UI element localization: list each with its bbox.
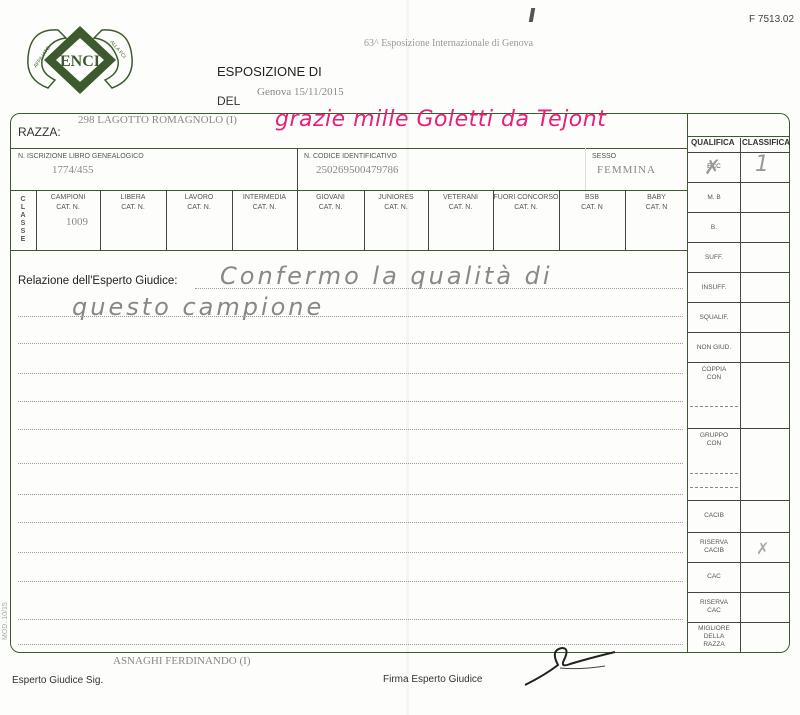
stray-mark <box>529 8 535 22</box>
divider <box>10 190 688 191</box>
writing-line <box>18 401 683 402</box>
class-name: VETERANI <box>443 194 478 201</box>
campioni-value: 1009 <box>66 216 88 228</box>
class-lavoro: LAVOROCAT. N. <box>166 193 232 213</box>
divider <box>688 592 790 593</box>
qualifica-non-giud: NON GIUD. <box>688 344 740 352</box>
del-label: DEL <box>217 94 240 108</box>
esposizione-label: ESPOSIZIONE DI <box>217 64 322 79</box>
qualifica-mb: M. B <box>688 194 740 202</box>
writing-line <box>18 373 683 374</box>
iscrizione-label: N. ISCRIZIONE LIBRO GENEALOGICO <box>18 152 144 162</box>
writing-line <box>18 552 683 553</box>
divider <box>688 272 790 273</box>
qualifica-insuff: INSUFF. <box>688 284 740 292</box>
razza-label: RAZZA: <box>18 125 61 139</box>
qualifica-riserva-cacib: RISERVA CACIB <box>694 539 734 555</box>
writing-line <box>18 343 683 344</box>
class-giovani: GIOVANICAT. N. <box>297 193 364 213</box>
iscrizione-value: 1774/455 <box>52 164 94 176</box>
class-fuori-concorso: FUORI CONCORSOCAT. N. <box>493 193 559 213</box>
class-sub: CAT. N <box>646 204 668 211</box>
class-name: INTERMEDIA <box>243 194 286 201</box>
classifica-header: CLASSIFICA <box>742 138 790 147</box>
writing-line <box>18 429 683 430</box>
qualifica-riserva-cac: RISERVA CAC <box>694 599 734 615</box>
class-sub: CAT. N. <box>121 204 145 211</box>
class-name: FUORI CONCORSO <box>494 194 559 201</box>
divider <box>688 562 790 563</box>
results-column-divider <box>740 138 741 653</box>
class-intermedia: INTERMEDIACAT. N. <box>232 193 297 213</box>
relazione-label: Relazione dell'Esperto Giudice: <box>18 275 177 287</box>
class-name: BABY <box>647 194 666 201</box>
class-veterani: VETERANICAT. N. <box>428 193 493 213</box>
class-name: LAVORO <box>185 194 214 201</box>
coppia-con: COPPIA CON <box>694 366 734 382</box>
divider <box>688 332 790 333</box>
class-sub: CAT. N <box>581 204 603 211</box>
enci-logo-icon: ENCI AFFILIATO ALLA FCI <box>20 18 140 98</box>
handwritten-note: grazie mille Goletti da Tejont <box>275 107 606 132</box>
ecc-check-mark: ✗ <box>704 155 721 180</box>
writing-line <box>195 288 683 289</box>
riserva-cacib-check-mark: ✗ <box>756 539 769 559</box>
date-value: Genova 15/11/2015 <box>257 86 344 98</box>
qualifica-cacib: CACIB <box>688 512 740 520</box>
class-libera: LIBERACAT. N. <box>100 193 166 213</box>
divider <box>688 182 790 183</box>
codice-label: N. CODICE IDENTIFICATIVO <box>304 152 397 162</box>
divider <box>690 487 738 488</box>
judge-label: Esperto Giudice Sig. <box>12 675 103 686</box>
divider <box>688 622 790 623</box>
writing-line <box>18 316 683 317</box>
sesso-label: SESSO <box>592 152 616 162</box>
classe-label: CLASSE <box>17 196 29 244</box>
writing-line <box>18 619 683 620</box>
svg-text:ENCI: ENCI <box>60 53 100 70</box>
divider <box>688 500 790 501</box>
qualifica-suff: SUFF. <box>688 254 740 262</box>
class-sub: CAT. N. <box>56 204 80 211</box>
divider <box>690 406 738 407</box>
class-sub: CAT. N. <box>187 204 211 211</box>
class-bsb: BSBCAT. N <box>559 193 625 213</box>
class-sub: CAT. N. <box>384 204 408 211</box>
divider <box>688 428 790 429</box>
class-name: JUNIORES <box>378 194 413 201</box>
gruppo-con: GRUPPO CON <box>694 432 734 448</box>
class-name: GIOVANI <box>316 194 345 201</box>
classifica-value: 1 <box>755 152 769 177</box>
mod-code: MOD. 10/15 <box>2 602 9 640</box>
class-baby: BABYCAT. N <box>625 193 688 213</box>
class-juniores: JUNIORESCAT. N. <box>364 193 428 213</box>
razza-value: 298 LAGOTTO ROMAGNOLO (I) <box>78 114 237 126</box>
divider <box>297 148 298 190</box>
qualifica-cac: CAC <box>688 573 740 581</box>
signature-icon <box>520 640 620 690</box>
divider <box>688 242 790 243</box>
qualifica-b: B. <box>688 224 740 232</box>
class-sub: CAT. N. <box>319 204 343 211</box>
class-campioni: CAMPIONICAT. N. <box>36 193 100 213</box>
class-sub: CAT. N. <box>449 204 473 211</box>
relazione-handwriting-line1: Confermo la qualità di <box>220 262 553 290</box>
divider <box>688 362 790 363</box>
judge-name: ASNAGHI FERDINANDO (I) <box>113 655 251 667</box>
class-name: BSB <box>585 194 599 201</box>
class-name: CAMPIONI <box>51 194 86 201</box>
class-name: LIBERA <box>121 194 146 201</box>
writing-line <box>18 581 683 582</box>
divider <box>10 250 688 251</box>
writing-line <box>18 522 683 523</box>
writing-line <box>18 463 683 464</box>
divider <box>10 148 688 149</box>
divider <box>688 532 790 533</box>
qualifica-migliore-della-razza: MIGLIORE DELLA RAZZA <box>694 625 734 649</box>
divider <box>688 302 790 303</box>
event-name: 63^ Esposizione Internazionale di Genova <box>364 38 533 49</box>
form-code: F 7513.02 <box>749 14 794 25</box>
sesso-value: FEMMINA <box>597 164 656 176</box>
qualifica-squalif: SQUALIF. <box>688 314 740 322</box>
divider <box>688 212 790 213</box>
divider <box>688 136 790 137</box>
class-sub: CAT. N. <box>514 204 538 211</box>
divider <box>688 152 790 153</box>
codice-value: 250269500479786 <box>316 164 399 176</box>
signature-label: Firma Esperto Giudice <box>383 674 482 685</box>
qualifica-header: QUALIFICA <box>691 138 735 147</box>
divider <box>690 473 738 474</box>
writing-line <box>18 494 683 495</box>
divider <box>585 148 586 190</box>
class-sub: CAT. N. <box>253 204 277 211</box>
